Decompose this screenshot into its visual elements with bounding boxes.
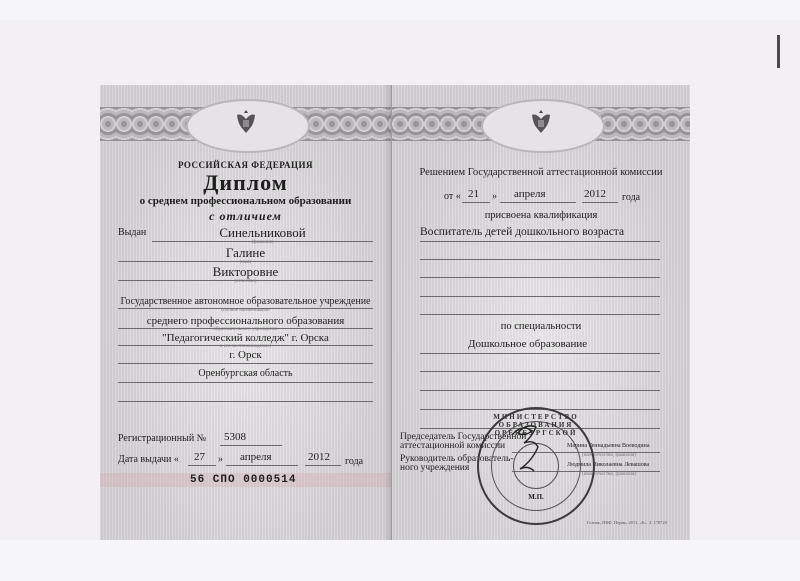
region-line: [118, 382, 373, 383]
country-heading: РОССИЙСКАЯ ФЕДЕРАЦИЯ: [100, 160, 391, 170]
qualification-label: присвоена квалификация: [392, 210, 690, 221]
issue-year: 2012: [308, 451, 330, 463]
signature-icon: [502, 415, 552, 485]
issue-year-suffix: года: [345, 456, 363, 467]
specialty-value: Дошкольное образование: [468, 338, 587, 350]
issue-month-line: [226, 465, 298, 466]
blank-line: [420, 277, 660, 278]
issue-year-line: [305, 465, 341, 466]
decision-year: 2012: [584, 188, 606, 200]
decision-month: апреля: [514, 188, 546, 200]
diploma-left-page: РОССИЙСКАЯ ФЕДЕРАЦИЯ Диплом о среднем пр…: [100, 85, 392, 540]
coat-of-arms-icon: [233, 107, 259, 139]
patronymic-caption: (отчество): [118, 279, 373, 284]
specialty-label: по специальности: [392, 321, 690, 332]
document-title: Диплом: [100, 170, 391, 196]
registration-line: [220, 445, 282, 446]
printer-info: Гознак, ПКФ. Пермь, 2011, «Б». З. 178720: [587, 520, 667, 525]
institution-line-2: среднего профессионального образования: [118, 315, 373, 327]
issue-day: 27: [194, 451, 205, 463]
document-subtitle: о среднем профессиональном образовании: [100, 195, 391, 207]
diploma-right-page: Решением Государственной аттестационной …: [392, 85, 690, 540]
decision-year-suffix: года: [622, 192, 640, 203]
diploma-blank-number: 56 СПО 0000514: [190, 474, 296, 486]
issue-month: апреля: [240, 451, 272, 463]
registration-number: 5308: [224, 431, 246, 443]
issue-day-line: [188, 465, 216, 466]
quote-close: »: [492, 191, 497, 202]
scan-bottom-margin: [0, 540, 800, 581]
decision-from-label: от «: [444, 191, 461, 202]
blank-line: [420, 296, 660, 297]
specialty-line: [420, 353, 660, 354]
decision-heading: Решением Государственной аттестационной …: [392, 167, 690, 178]
seal-mp-label: М.П.: [479, 493, 593, 501]
issue-date-label: Дата выдачи «: [118, 454, 179, 465]
region-value: Оренбургская область: [118, 368, 373, 379]
blank-line: [420, 259, 660, 260]
first-name-value: Галине: [118, 245, 373, 261]
institution-line-3: "Педагогический колледж" г. Орска: [118, 332, 373, 344]
surname-value: Синельниковой: [152, 225, 373, 241]
blank-line: [118, 401, 373, 402]
ornament-band: [392, 99, 690, 149]
blank-line: [420, 371, 660, 372]
qualification-line: [420, 241, 660, 242]
honors-label: с отличием: [100, 209, 391, 224]
decision-day: 21: [468, 188, 479, 200]
decision-year-line: [582, 202, 618, 203]
city-value: г. Орск: [118, 349, 373, 361]
city-line: [118, 363, 373, 364]
patronymic-value: Викторовне: [118, 264, 373, 280]
scan-top-margin: [0, 0, 800, 20]
head-label-2: ного учреждения: [400, 463, 469, 473]
institution-caption-1: (полное наименование: [118, 308, 373, 313]
scan-edge-mark: [777, 35, 780, 68]
issued-to-label: Выдан: [118, 227, 146, 238]
ornament-band: [100, 99, 391, 149]
blank-line: [420, 314, 660, 315]
institution-line-1: Государственное автономное образовательн…: [118, 296, 373, 307]
qualification-value: Воспитатель детей дошкольного возраста: [420, 226, 624, 238]
blank-line: [420, 390, 660, 391]
decision-month-line: [500, 202, 576, 203]
quote-close: »: [218, 454, 223, 465]
coat-of-arms-icon: [528, 107, 554, 139]
decision-day-line: [462, 202, 490, 203]
registration-label: Регистрационный №: [118, 433, 206, 444]
